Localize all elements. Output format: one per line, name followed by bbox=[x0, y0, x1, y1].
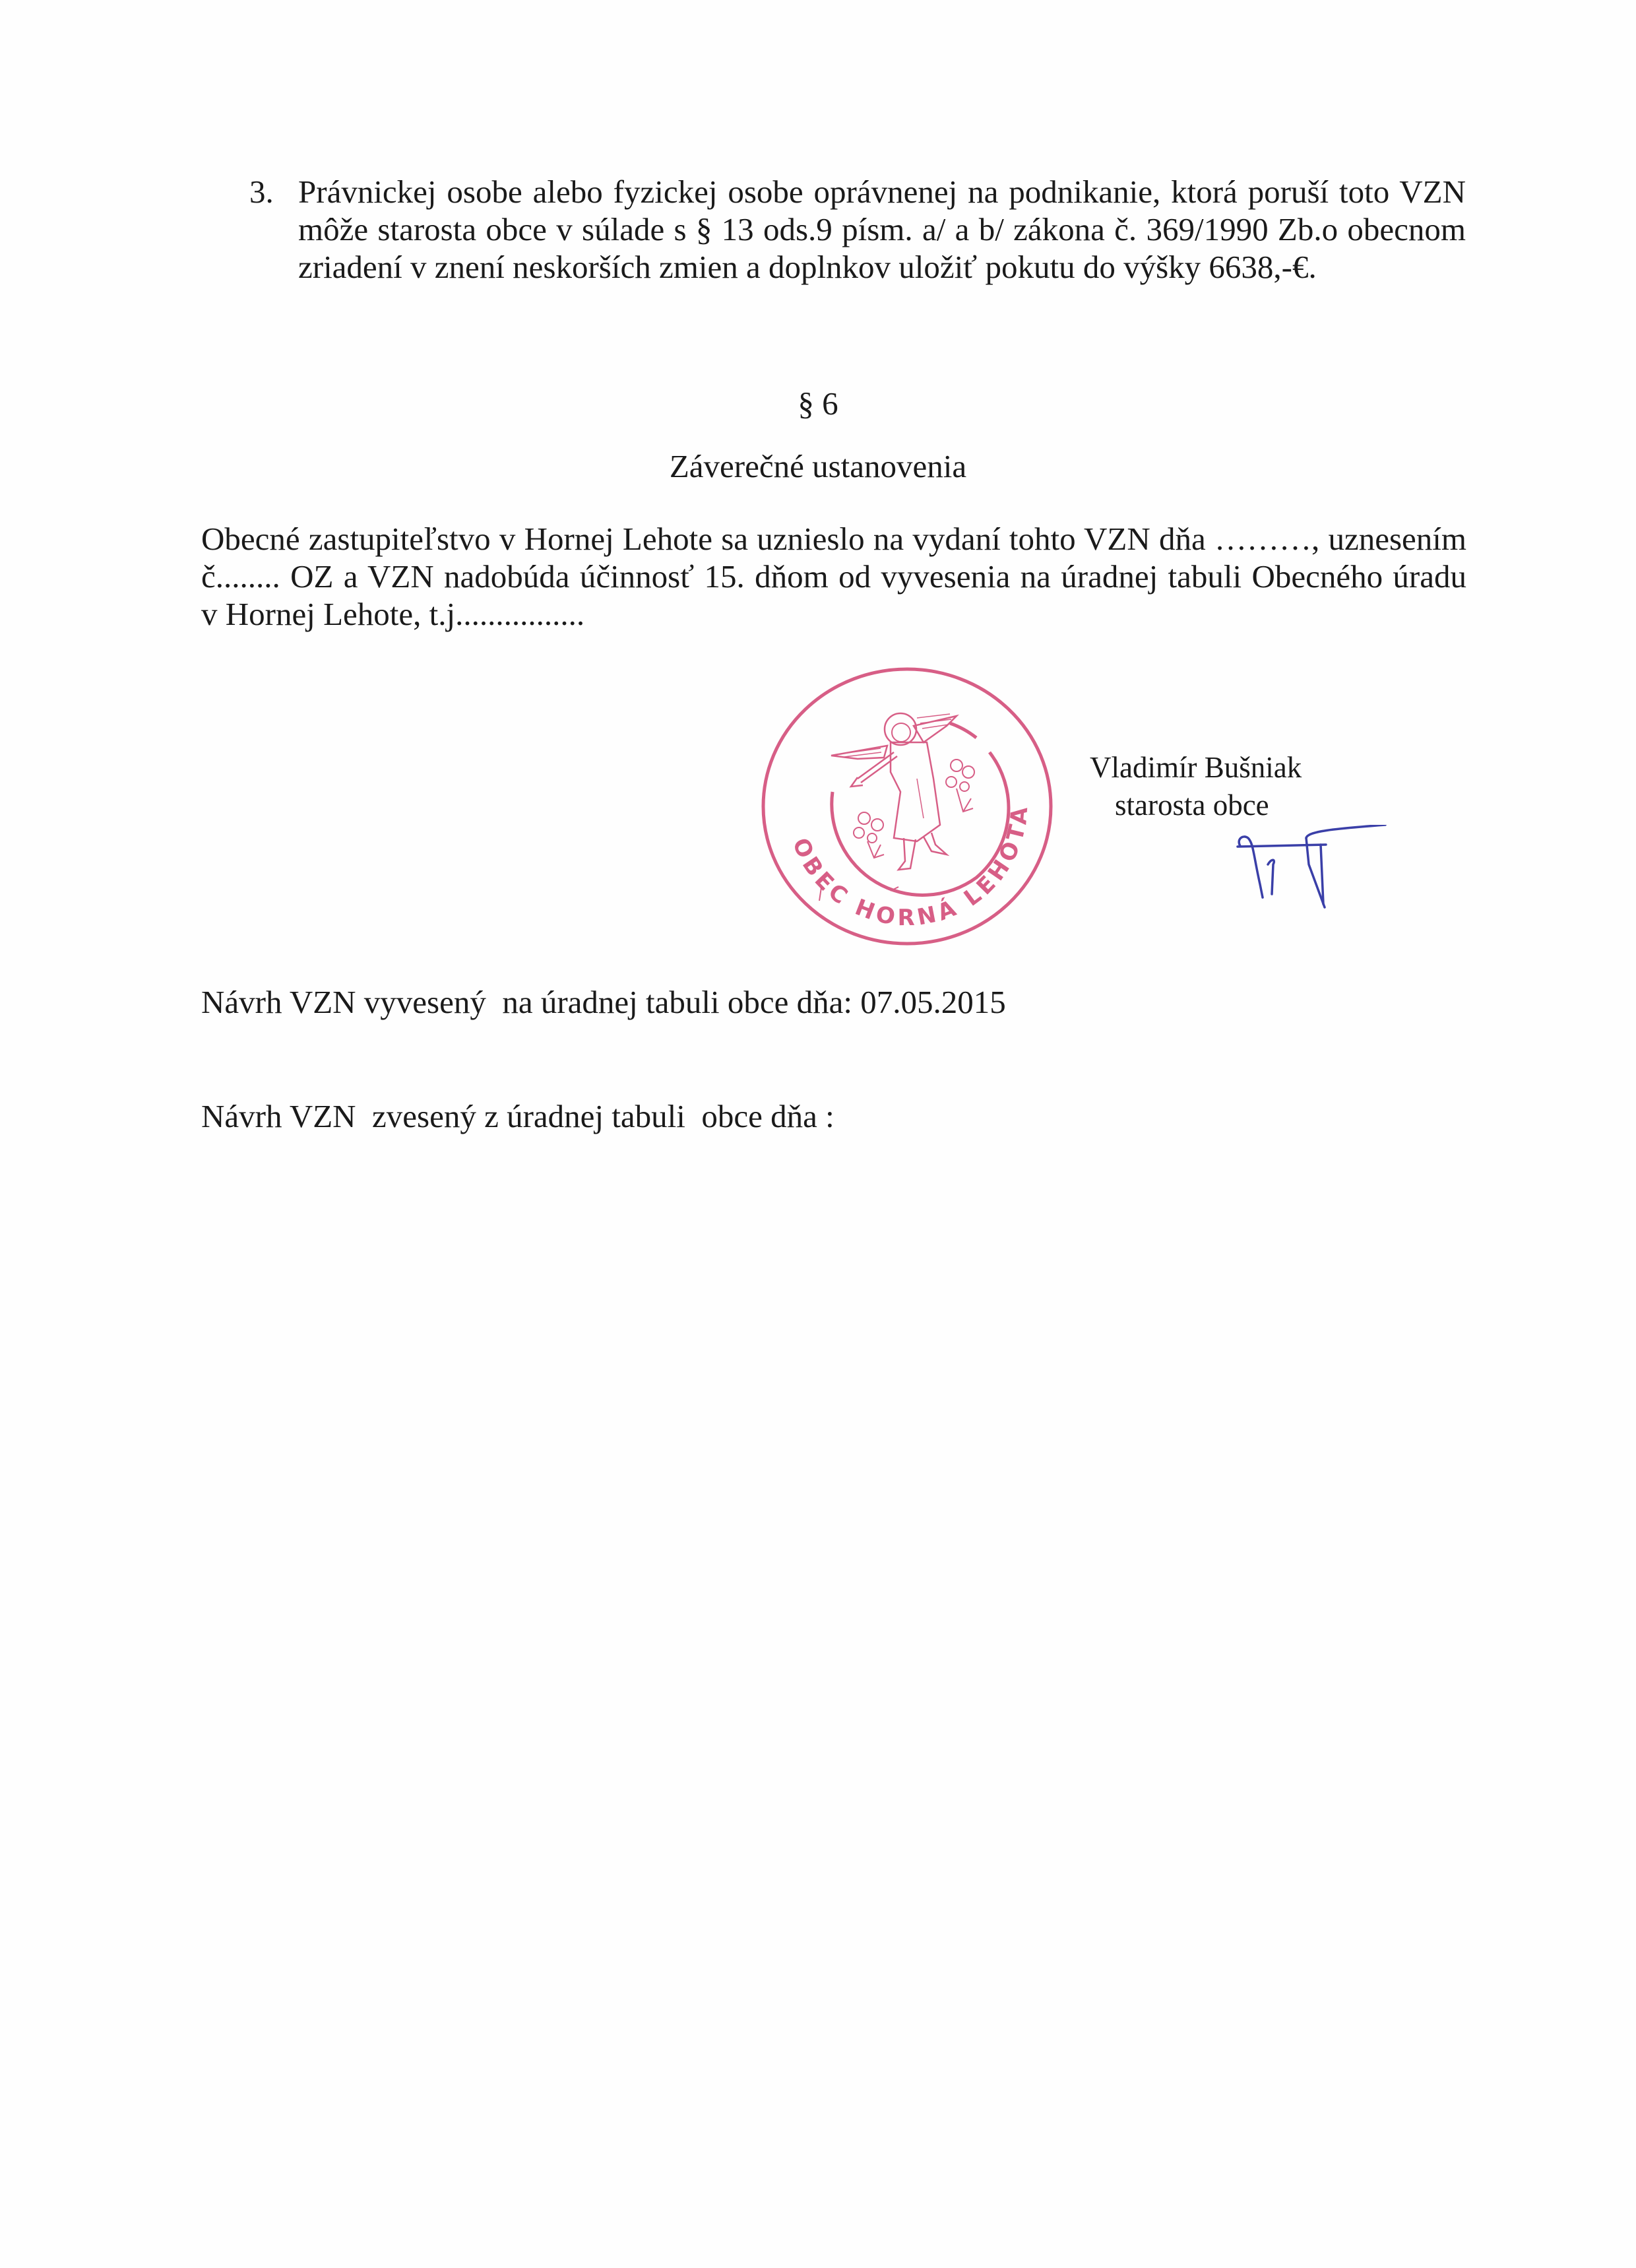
text-line: č........ OZ a VZN nadobúda účinnosť 15.… bbox=[201, 558, 1466, 595]
text-line: Obecné zastupiteľstvo v Hornej Lehote sa… bbox=[201, 520, 1466, 558]
signer-name: Vladimír Bušniak bbox=[1090, 749, 1302, 787]
signature-icon bbox=[1234, 825, 1392, 917]
removed-date-line: Návrh VZN zvesený z úradnej tabuli obce … bbox=[201, 1097, 834, 1135]
list-item-text: Právnickej osobe alebo fyzickej osobe op… bbox=[298, 173, 1466, 286]
section-number: § 6 bbox=[0, 385, 1636, 422]
text-line: môže starosta obce v súlade s § 13 ods.9… bbox=[298, 211, 1466, 248]
handwritten-signature bbox=[1234, 825, 1392, 917]
text-line: v Hornej Lehote, t.j................ bbox=[201, 595, 1466, 633]
stamp-seal-icon: OBEC HORNÁ LEHOTA bbox=[759, 660, 1055, 950]
list-item-number: 3. bbox=[249, 173, 274, 211]
section-title: Záverečné ustanovenia bbox=[0, 447, 1636, 485]
posted-date-line: Návrh VZN vyvesený na úradnej tabuli obc… bbox=[201, 983, 1006, 1021]
document-page: 3. Právnickej osobe alebo fyzickej osobe… bbox=[0, 0, 1636, 2268]
text-line: zriadení v znení neskorších zmien a dopl… bbox=[298, 248, 1466, 286]
final-provisions-paragraph: Obecné zastupiteľstvo v Hornej Lehote sa… bbox=[201, 520, 1466, 633]
text-line: Právnickej osobe alebo fyzickej osobe op… bbox=[298, 173, 1466, 211]
official-stamp: OBEC HORNÁ LEHOTA bbox=[759, 660, 1055, 950]
signer-role: starosta obce bbox=[1115, 787, 1269, 824]
